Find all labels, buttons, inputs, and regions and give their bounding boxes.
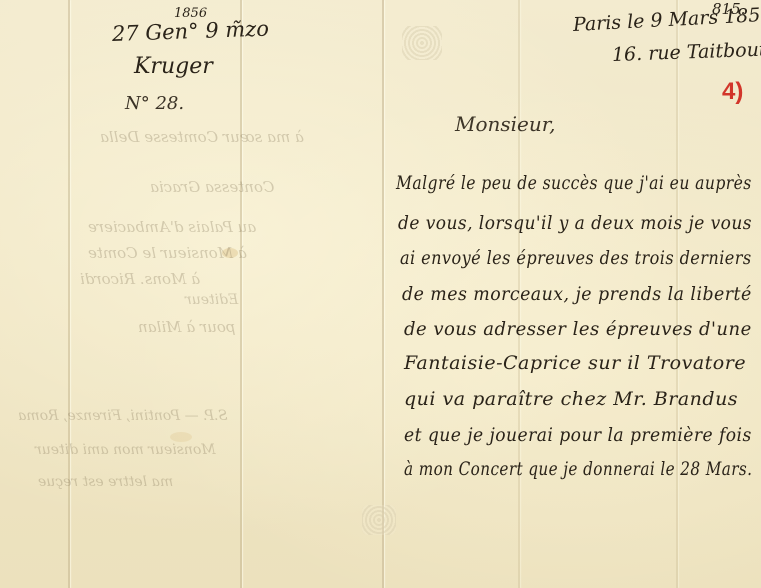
bleed-through-text: S.P. — Pontini, Firenze, Roma [18, 408, 228, 424]
embossed-seal [402, 26, 442, 60]
bleed-through-text: à Monsieur le Comte [88, 244, 247, 262]
bleed-through-text: pour à Milan [138, 318, 236, 336]
bleed-through-text: à ma sœur Comtesse Della [100, 128, 304, 146]
letter-line: à mon Concert que je donnerai le 28 Mars… [404, 458, 752, 480]
letter-line: Fantaisie-Caprice sur il Trovatore [404, 352, 746, 374]
letter-line: de vous, lorsqu'il y a deux mois je vous [398, 212, 752, 234]
docket-name: Kruger [134, 54, 213, 79]
bleed-through-text: Monsieur mon ami diteur [35, 442, 216, 458]
sender-address: 16. rue Taitbout. [612, 38, 761, 66]
salutation: Monsieur, [455, 112, 556, 136]
paper-fold [240, 0, 242, 588]
bleed-through-text: Editeur [185, 292, 238, 308]
bleed-through-text: à Mons. Ricordi [80, 270, 200, 288]
letter-line: de mes morceaux, je prends la liberté [402, 283, 752, 305]
letter-line: Malgré le peu de succès que j'ai eu aupr… [396, 172, 752, 194]
paper-stain [170, 432, 192, 442]
paper-center-fold [382, 0, 384, 588]
bleed-through-text: ma lettre est reçue [38, 474, 173, 490]
bleed-through-text: au Palais d'Ambaciere [88, 218, 256, 236]
letter-line: de vous adresser les épreuves d'une [404, 318, 752, 340]
docket-date: 27 Gen° 9 m̃zo [112, 17, 270, 46]
letter-line: qui va paraître chez Mr. Brandus [404, 388, 738, 410]
letter-scan: à ma sœur Comtesse Della Contessa Gracia… [0, 0, 761, 588]
docket-number: N° 28. [125, 93, 184, 114]
place-date: Paris le 9 Mars 1856 [572, 4, 761, 36]
letter-line: ai envoyé les épreuves des trois dernier… [400, 247, 752, 269]
letter-line: et que je jouerai pour la première fois [404, 424, 752, 446]
paper-fold [68, 0, 70, 588]
embossed-seal [362, 505, 396, 535]
bleed-through-text: Contessa Gracia [150, 178, 274, 196]
red-annotation: 4) [722, 78, 743, 106]
